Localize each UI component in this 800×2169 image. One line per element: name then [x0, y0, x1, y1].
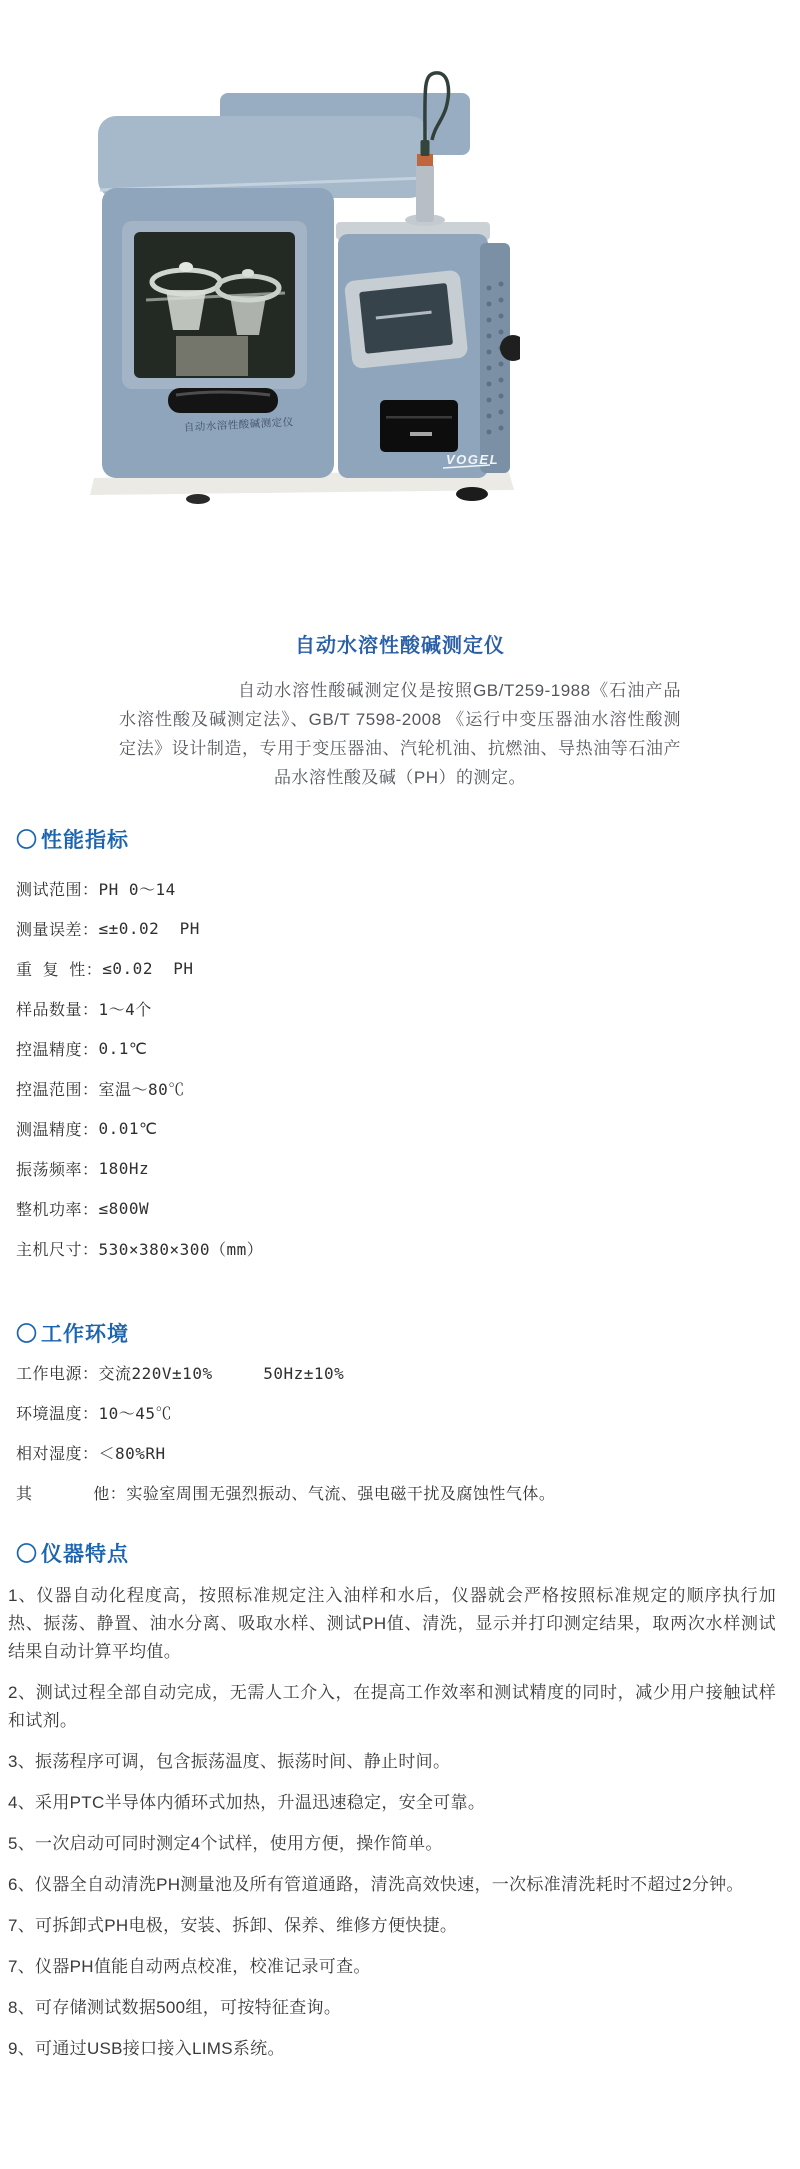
- spec-label: 测量误差：: [16, 917, 99, 940]
- spec-label: 样品数量：: [16, 997, 99, 1020]
- section-title-environment-text: 工作环境: [41, 1323, 129, 1346]
- spec-value: ＜80%RH: [99, 1441, 166, 1464]
- performance-spec-list: 测试范围：PH 0～14 测量误差：≤±0.02 PH 重 复 性：≤0.02 …: [16, 868, 800, 1268]
- product-photo: 自动水溶性酸碱测定仪: [80, 38, 520, 508]
- beaker-knob-2: [242, 269, 254, 277]
- feature-item: 8、可存储测试数据500组，可按特征查询。: [8, 1994, 776, 2022]
- spec-label: 重 复 性：: [16, 957, 102, 980]
- spec-row: 主机尺寸：530×380×300（mm）: [16, 1228, 800, 1268]
- section-title-features: 〇仪器特点: [16, 1540, 800, 1570]
- printer-paper: [410, 432, 432, 436]
- printer-slot: [386, 416, 452, 419]
- spec-label: 整机功率：: [16, 1197, 99, 1220]
- spec-row: 整机功率：≤800W: [16, 1188, 800, 1228]
- spec-label: 其 他：: [16, 1481, 126, 1504]
- spec-label: 控温范围：: [16, 1077, 99, 1100]
- beaker-left: [166, 290, 206, 330]
- spec-row: 控温范围：室温～80℃: [16, 1068, 800, 1108]
- page-title: 自动水溶性酸碱测定仪: [0, 632, 800, 660]
- machine-foot-right: [456, 487, 488, 501]
- printer: [380, 400, 458, 452]
- spec-label: 控温精度：: [16, 1037, 99, 1060]
- machine-top-lid: [98, 116, 428, 198]
- section-title-performance-text: 性能指标: [41, 829, 129, 852]
- spec-row: 振荡频率：180Hz: [16, 1148, 800, 1188]
- feature-item: 7、可拆卸式PH电极，安装、拆卸、保养、维修方便快捷。: [8, 1912, 776, 1940]
- spec-value: ≤0.02 PH: [102, 959, 193, 978]
- feature-item: 6、仪器全自动清洗PH测量池及所有管道通路，清洗高效快速，一次标准清洗耗时不超过…: [8, 1871, 776, 1899]
- product-description: 自动水溶性酸碱测定仪是按照GB/T259-1988《石油产品水溶性酸及碱测定法》…: [119, 676, 681, 792]
- spec-row: 测温精度：0.01℃: [16, 1108, 800, 1148]
- spec-label: 振荡频率：: [16, 1157, 99, 1180]
- feature-item: 3、振荡程序可调，包含振荡温度、振荡时间、静止时间。: [8, 1748, 776, 1776]
- circle-bullet-icon: 〇: [16, 829, 38, 852]
- spec-value: PH 0～14: [99, 877, 176, 900]
- feature-item: 7、仪器PH值能自动两点校准，校准记录可查。: [8, 1953, 776, 1981]
- spec-label: 主机尺寸：: [16, 1237, 99, 1260]
- electrode-cap: [421, 140, 430, 156]
- touchscreen: [344, 270, 469, 370]
- feature-item: 9、可通过USB接口接入LIMS系统。: [8, 2035, 776, 2063]
- section-title-performance: 〇性能指标: [16, 826, 800, 856]
- environment-spec-list: 工作电源：交流220V±10% 50Hz±10% 环境温度：10～45℃ 相对湿…: [16, 1352, 800, 1512]
- spec-row: 相对湿度：＜80%RH: [16, 1432, 800, 1472]
- feature-item: 2、测试过程全部自动完成，无需人工介入，在提高工作效率和测试精度的同时，减少用户…: [8, 1679, 776, 1735]
- feature-item: 1、仪器自动化程度高，按照标准规定注入油样和水后，仪器就会严格按照标准规定的顺序…: [8, 1582, 776, 1666]
- section-title-environment: 〇工作环境: [16, 1320, 800, 1350]
- feature-item: 4、采用PTC半导体内循环式加热，升温迅速稳定，安全可靠。: [8, 1789, 776, 1817]
- spec-row: 其 他：实验室周围无强烈振动、气流、强电磁干扰及腐蚀性气体。: [16, 1472, 800, 1512]
- spec-row: 环境温度：10～45℃: [16, 1392, 800, 1432]
- spec-row: 工作电源：交流220V±10% 50Hz±10%: [16, 1352, 800, 1392]
- spec-label: 环境温度：: [16, 1401, 99, 1424]
- spec-label: 测温精度：: [16, 1117, 99, 1140]
- spec-value: 10～45℃: [99, 1401, 173, 1424]
- spec-value: 180Hz: [99, 1159, 150, 1178]
- spec-value: 交流220V±10% 50Hz±10%: [99, 1361, 345, 1384]
- circle-bullet-icon: 〇: [16, 1543, 38, 1566]
- features-list: 1、仪器自动化程度高，按照标准规定注入油样和水后，仪器就会严格按照标准规定的顺序…: [8, 1582, 776, 2063]
- spec-row: 测试范围：PH 0～14: [16, 868, 800, 908]
- spec-value: 室温～80℃: [99, 1077, 185, 1100]
- product-page: 自动水溶性酸碱测定仪: [0, 38, 800, 2063]
- chamber-light: [176, 336, 248, 376]
- spec-value: ≤±0.02 PH: [99, 919, 200, 938]
- machine-foot-left: [186, 494, 210, 504]
- beaker-knob: [179, 262, 193, 272]
- brand-logo: VOGEL: [446, 452, 499, 467]
- spec-label: 测试范围：: [16, 877, 99, 900]
- circle-bullet-icon: 〇: [16, 1323, 38, 1346]
- spec-row: 样品数量：1～4个: [16, 988, 800, 1028]
- electrode-stem: [416, 164, 434, 222]
- product-photo-illustration: 自动水溶性酸碱测定仪: [80, 38, 520, 508]
- spec-value: 0.1℃: [99, 1039, 148, 1058]
- feature-item: 5、一次启动可同时测定4个试样，使用方便，操作简单。: [8, 1830, 776, 1858]
- spec-row: 重 复 性：≤0.02 PH: [16, 948, 800, 988]
- touchscreen-display: [359, 283, 453, 354]
- spec-value: 1～4个: [99, 997, 152, 1020]
- spec-row: 测量误差：≤±0.02 PH: [16, 908, 800, 948]
- spec-row: 控温精度：0.1℃: [16, 1028, 800, 1068]
- spec-value: 530×380×300（mm）: [99, 1237, 264, 1260]
- spec-value: ≤800W: [99, 1199, 150, 1218]
- spec-value: 实验室周围无强烈振动、气流、强电磁干扰及腐蚀性气体。: [126, 1481, 555, 1504]
- spec-label: 工作电源：: [16, 1361, 99, 1384]
- spec-label: 相对湿度：: [16, 1441, 99, 1464]
- section-title-features-text: 仪器特点: [41, 1543, 129, 1566]
- spec-value: 0.01℃: [99, 1119, 158, 1138]
